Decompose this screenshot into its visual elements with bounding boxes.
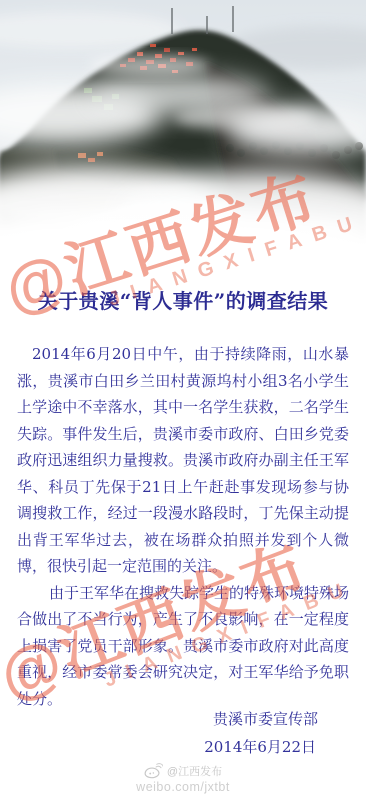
footer-url: weibo.com/jxtbt: [0, 780, 366, 794]
mountain-mist-photo: [0, 0, 366, 258]
header-photo: [0, 0, 366, 258]
footer: @江西发布 weibo.com/jxtbt: [0, 763, 366, 794]
signature: 贵溪市委宣传部: [213, 708, 318, 729]
announcement-body: 2014年6月20日中午，由于持续降雨，山水暴涨，贵溪市白田乡兰田村黄源坞村小组…: [17, 341, 349, 712]
footer-account: @江西发布: [167, 763, 222, 779]
signature-date: 2014年6月22日: [204, 736, 316, 757]
page-title: 关于贵溪“背人事件”的调查结果: [0, 285, 366, 314]
weibo-announcement-image: @江西发布 JIANGXIFABU @江西发布 JIANGXIFABU 关于贵溪…: [0, 0, 366, 800]
paragraph-2: 由于王军华在搜救失踪学生的特殊环境特殊场合做出了不当行为，产生了不良影响，在一定…: [17, 580, 349, 713]
weibo-icon: [144, 763, 163, 779]
paragraph-1: 2014年6月20日中午，由于持续降雨，山水暴涨，贵溪市白田乡兰田村黄源坞村小组…: [17, 341, 349, 580]
